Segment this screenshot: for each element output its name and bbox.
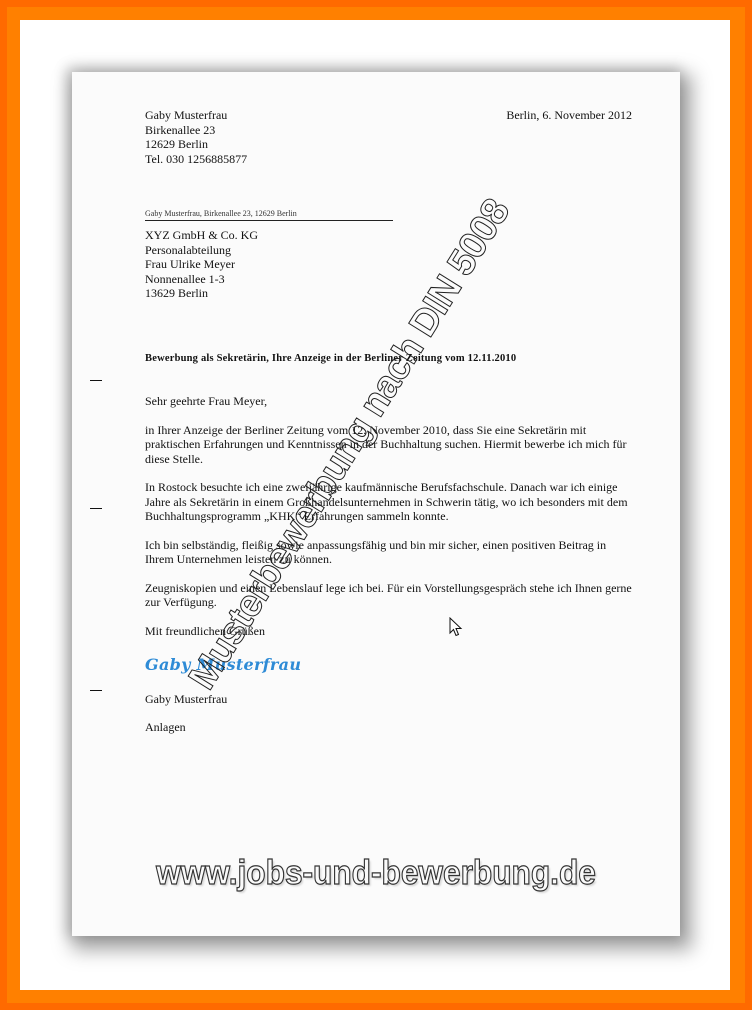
recipient-contact: Frau Ulrike Meyer <box>145 257 258 272</box>
recipient-company: XYZ GmbH & Co. KG <box>145 228 258 243</box>
attachments-label: Anlagen <box>145 720 186 735</box>
mouse-pointer-icon <box>449 617 463 637</box>
paragraph-2: In Rostock besuchte ich eine zweijährige… <box>145 480 635 524</box>
fold-mark-1 <box>90 380 102 381</box>
recipient-department: Personalabteilung <box>145 243 258 258</box>
punch-mark <box>90 508 102 509</box>
recipient-city: 13629 Berlin <box>145 286 258 301</box>
recipient-block: XYZ GmbH & Co. KG Personalabteilung Frau… <box>145 228 258 301</box>
paragraph-4: Zeugniskopien und einen Lebenslauf lege … <box>145 581 635 610</box>
subject-line: Bewerbung als Sekretärin, Ihre Anzeige i… <box>145 353 516 364</box>
url-watermark: www.jobs-und-bewerbung.de <box>93 854 658 893</box>
letter-page: Gaby Musterfrau Birkenallee 23 12629 Ber… <box>72 72 680 936</box>
sender-street: Birkenallee 23 <box>145 123 247 138</box>
fold-mark-2 <box>90 690 102 691</box>
return-address-line: Gaby Musterfrau, Birkenallee 23, 12629 B… <box>145 209 393 221</box>
recipient-street: Nonnenallee 1-3 <box>145 272 258 287</box>
sender-name: Gaby Musterfrau <box>145 108 247 123</box>
paragraph-3: Ich bin selbständig, fleißig sowie anpas… <box>145 538 635 567</box>
sender-phone: Tel. 030 1256885877 <box>145 152 247 167</box>
paragraph-1: in Ihrer Anzeige der Berliner Zeitung vo… <box>145 423 635 467</box>
letter-date: Berlin, 6. November 2012 <box>506 108 632 123</box>
sender-block: Gaby Musterfrau Birkenallee 23 12629 Ber… <box>145 108 247 166</box>
sender-city: 12629 Berlin <box>145 137 247 152</box>
